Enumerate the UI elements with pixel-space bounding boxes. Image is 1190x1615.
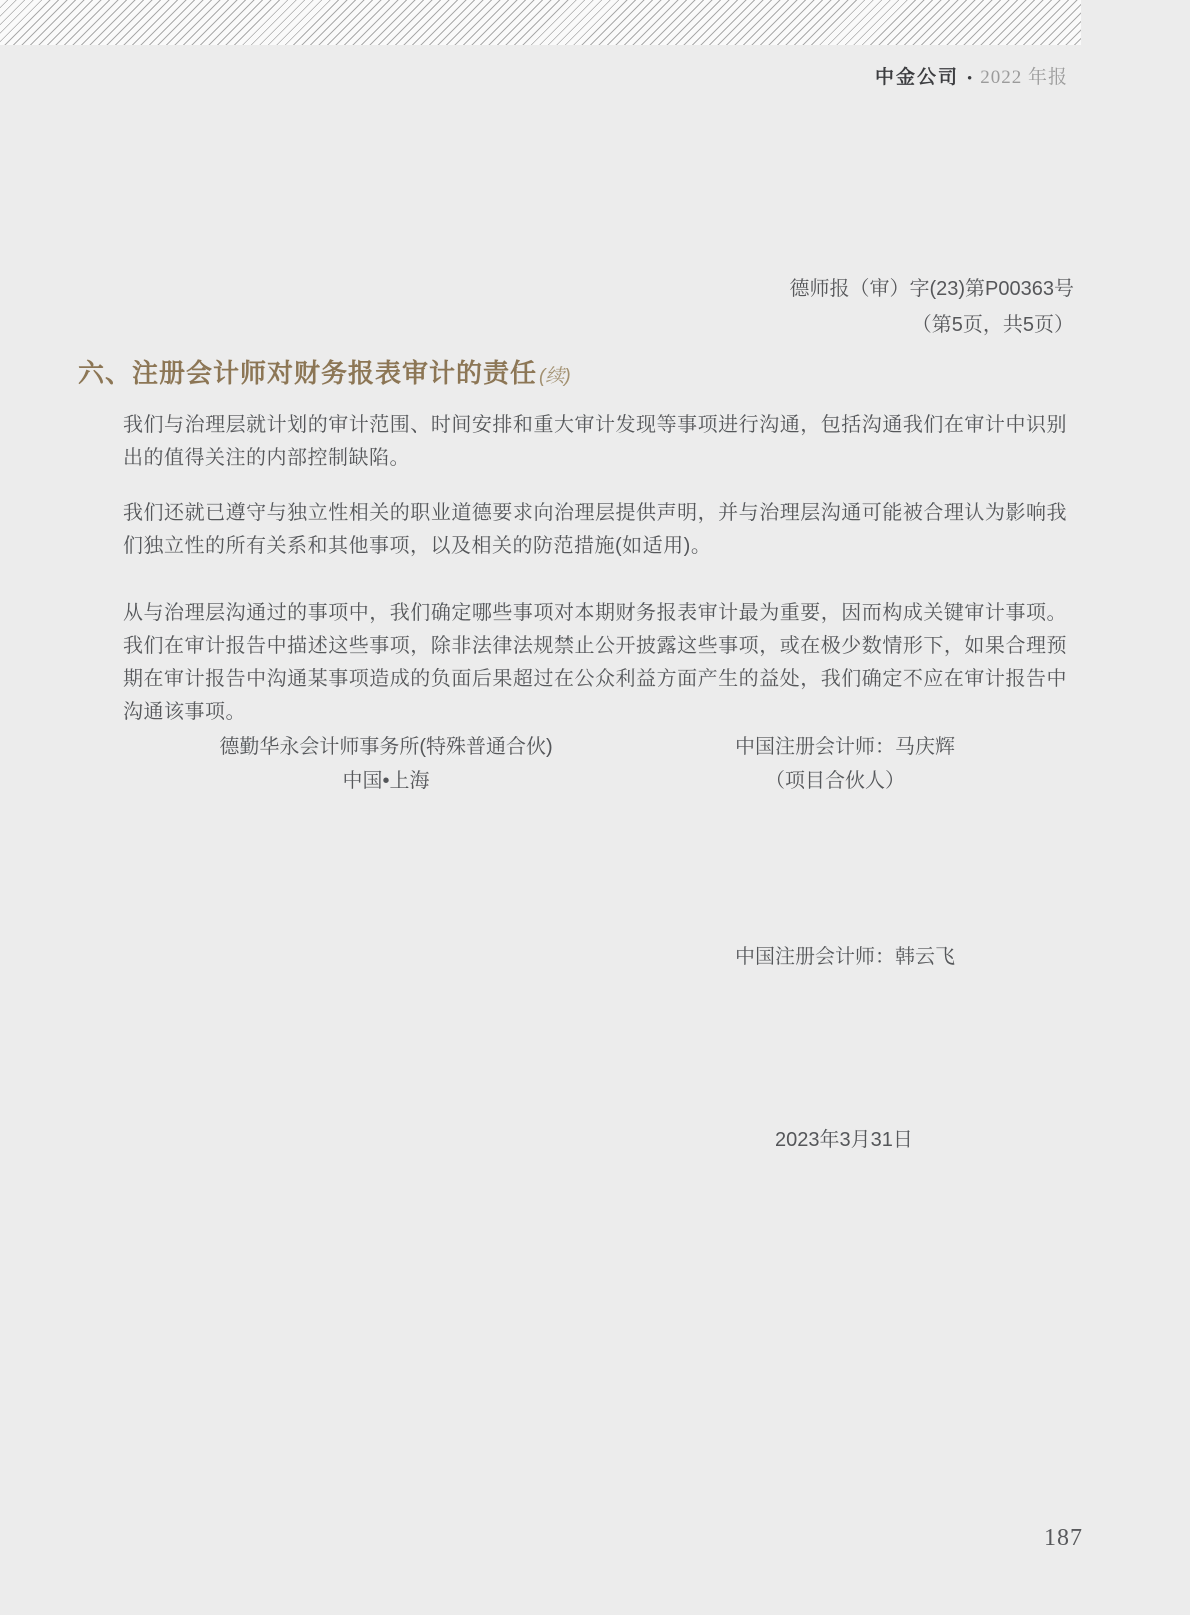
firm-location: 中国•上海 <box>342 770 429 792</box>
paragraph-communication: 我们与治理层就计划的审计范围、时间安排和重大审计发现等事项进行沟通，包括沟通我们… <box>123 409 1067 475</box>
page-number: 187 <box>1044 1525 1083 1552</box>
audit-report-number: 德师报（审）字(23)第P00363号 <box>789 272 1074 301</box>
accountant2-name: 中国注册会计师：韩云飞 <box>735 940 955 969</box>
signature-accountant1-block: 中国注册会计师：马庆辉 （项目合伙人） <box>735 730 935 798</box>
header-bullet-separator: • <box>959 71 980 87</box>
signature-firm-block: 德勤华永会计师事务所(特殊普通合伙) 中国•上海 <box>160 730 612 798</box>
section-heading-title: 六、注册会计师对财务报表审计的责任 <box>78 358 537 388</box>
edition-label: 2022 年报 <box>980 67 1068 88</box>
report-date: 2023年3月31日 <box>775 1123 913 1152</box>
brand-name: 中金公司 <box>875 67 959 88</box>
diagonal-hatch-banner <box>0 0 1081 45</box>
report-page: 中金公司•2022 年报 德师报（审）字(23)第P00363号 （第5页，共5… <box>0 0 1190 1615</box>
page-header: 中金公司•2022 年报 <box>875 62 1068 89</box>
firm-name: 德勤华永会计师事务所(特殊普通合伙) <box>219 736 552 758</box>
accountant1-name: 中国注册会计师：马庆辉 <box>735 736 955 758</box>
section-heading-continued-suffix: (续) <box>539 366 571 387</box>
accountant1-role: （项目合伙人） <box>735 764 935 798</box>
audit-report-page-info: （第5页，共5页） <box>912 308 1074 337</box>
paragraph-independence: 我们还就已遵守与独立性相关的职业道德要求向治理层提供声明，并与治理层沟通可能被合… <box>123 497 1067 563</box>
paragraph-key-audit-matters: 从与治理层沟通过的事项中，我们确定哪些事项对本期财务报表审计最为重要，因而构成关… <box>123 597 1067 729</box>
section-heading: 六、注册会计师对财务报表审计的责任(续) <box>78 353 571 390</box>
